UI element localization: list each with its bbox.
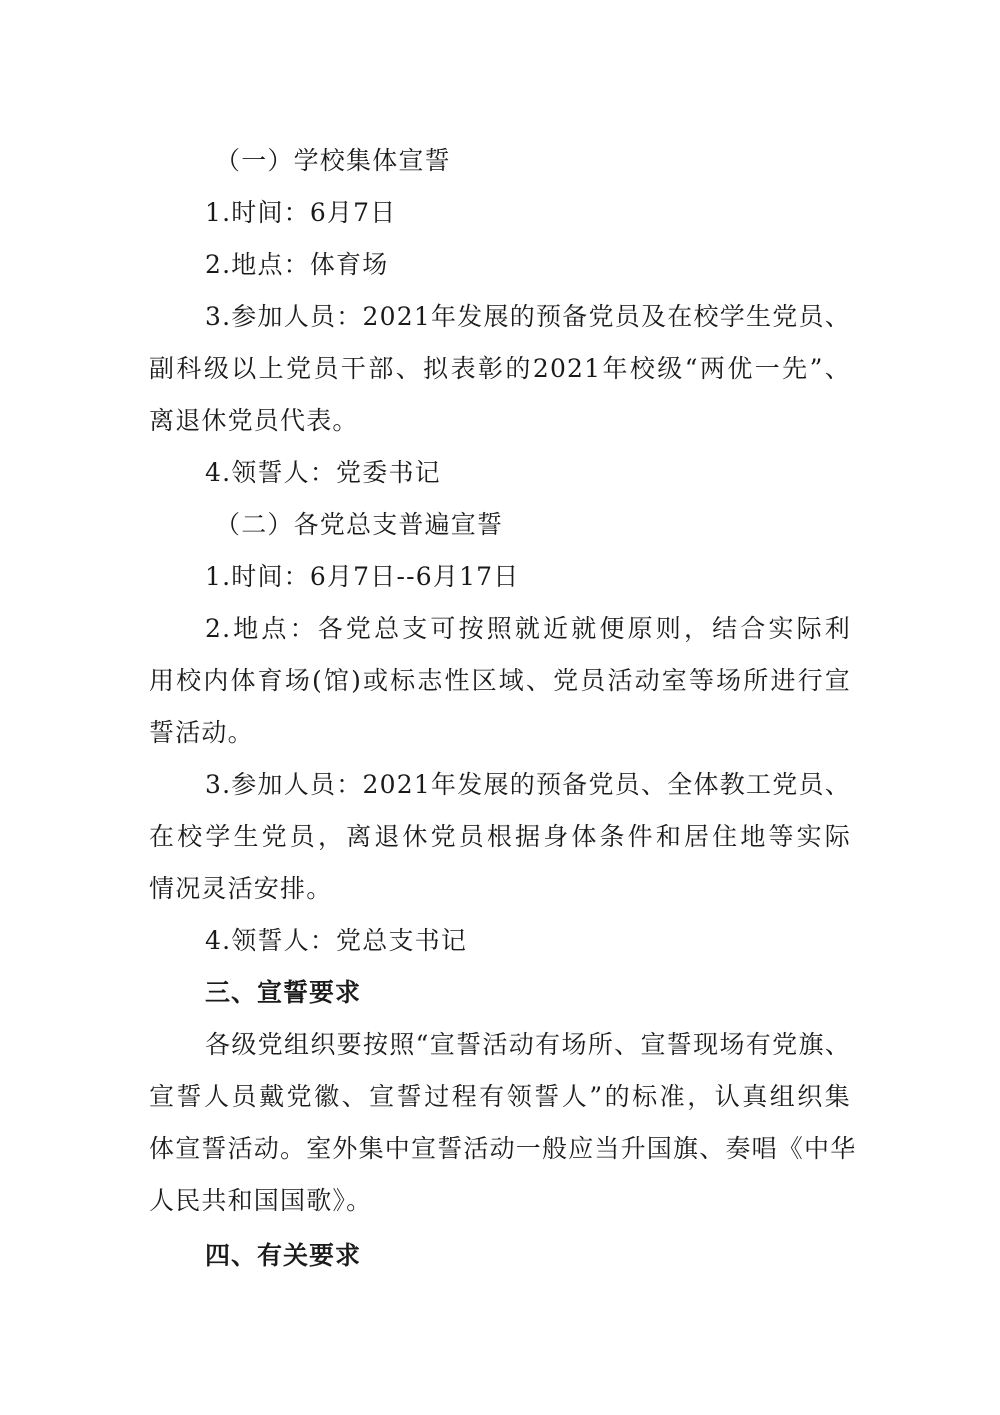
section-two-leader: 4.领誓人：党总支书记 [205, 926, 467, 956]
heading-three: 三、宣誓要求 [205, 978, 361, 1008]
section-one-participants-line1: 3.参加人员：2021年发展的预备党员及在校学生党员、 [205, 302, 851, 332]
section-one-title: （一）学校集体宣誓 [215, 146, 451, 176]
section-one-time: 1.时间：6月7日 [205, 198, 396, 228]
section-two-time: 1.时间：6月7日--6月17日 [205, 562, 519, 592]
requirements-line4: 人民共和国国歌》。 [149, 1186, 372, 1216]
section-one-participants-line2: 副科级以上党员干部、拟表彰的2021年校级“两优一先”、 [149, 354, 851, 384]
section-two-title: （二）各党总支普遍宣誓 [215, 510, 503, 540]
section-one-participants-line3: 离退休党员代表。 [149, 406, 359, 436]
section-two-location-line2: 用校内体育场(馆)或标志性区域、党员活动室等场所进行宣 [149, 666, 851, 696]
requirements-line2: 宣誓人员戴党徽、宣誓过程有领誓人”的标准，认真组织集 [149, 1082, 851, 1112]
section-two-participants-line2: 在校学生党员，离退休党员根据身体条件和居住地等实际 [149, 822, 851, 852]
requirements-line1: 各级党组织要按照“宣誓活动有场所、宣誓现场有党旗、 [205, 1030, 851, 1060]
heading-four: 四、有关要求 [205, 1241, 361, 1271]
section-two-location-line3: 誓活动。 [149, 718, 254, 748]
section-two-location-line1: 2.地点：各党总支可按照就近就便原则，结合实际利 [205, 614, 851, 644]
section-two-participants-line3: 情况灵活安排。 [149, 874, 332, 904]
section-one-location: 2.地点：体育场 [205, 250, 388, 280]
section-two-participants-line1: 3.参加人员：2021年发展的预备党员、全体教工党员、 [205, 770, 851, 800]
requirements-line3: 体宣誓活动。室外集中宣誓活动一般应当升国旗、奏唱《中华 [149, 1134, 851, 1164]
section-one-leader: 4.领誓人：党委书记 [205, 458, 441, 488]
